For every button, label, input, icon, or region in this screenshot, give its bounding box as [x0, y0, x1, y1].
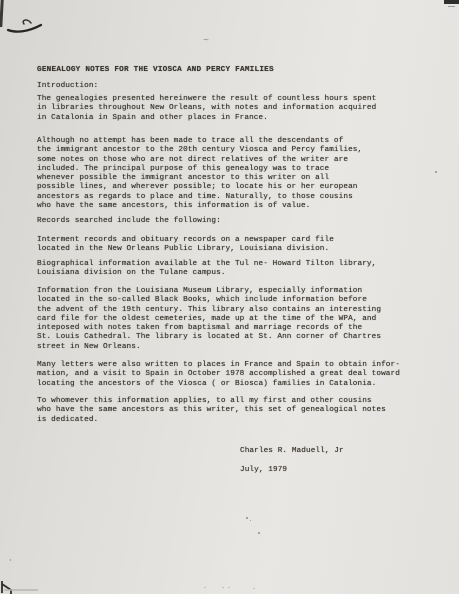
- scan-speck: [222, 587, 224, 588]
- paragraph-dedication: To whomever this information applies, to…: [37, 397, 386, 425]
- scan-speck: [204, 587, 206, 588]
- paragraph-many-letters: Many letters were also written to places…: [37, 361, 400, 389]
- scanned-document-page: ~ GENEALOGY NOTES FOR THE VIOSCA AND PER…: [0, 0, 459, 594]
- scan-speck: [246, 517, 248, 519]
- pen-squiggle-mark: [6, 14, 52, 36]
- scan-speck: [253, 588, 255, 589]
- scan-speck: [228, 587, 230, 588]
- scan-speck: [258, 532, 260, 534]
- intro-label: Introduction:: [37, 82, 98, 91]
- paragraph-records-searched: Records searched include the following:: [37, 217, 221, 226]
- scan-speck: [435, 171, 437, 173]
- signature-date: July, 1979: [240, 466, 344, 475]
- scan-corner-mark: [444, 0, 459, 4]
- paragraph-louisiana-museum: Information fron the Louisiana Museum Li…: [37, 287, 381, 352]
- paragraph-interment-records: Interment records and obituary records o…: [37, 236, 334, 255]
- signature-name: Charles R. Maduell, Jr: [240, 447, 344, 456]
- page-title: GENEALOGY NOTES FOR THE VIOSCA AND PERCY…: [37, 66, 274, 75]
- paragraph-genealogies: The genealogies presented hereinwere the…: [37, 95, 376, 123]
- scan-speck: [250, 520, 251, 521]
- signature-block: Charles R. Maduell, Jr July, 1979: [240, 438, 344, 484]
- scan-speck: [10, 559, 11, 561]
- stray-tilde-mark: ~: [203, 36, 209, 47]
- scan-corner-mark-small: [448, 6, 455, 7]
- paragraph-biographical: Biographical information available at th…: [37, 260, 376, 279]
- pen-corner-mark: [0, 579, 42, 594]
- scan-edge-mark: [0, 0, 4, 27]
- paragraph-although: Although no attempt has been made to tra…: [37, 137, 362, 211]
